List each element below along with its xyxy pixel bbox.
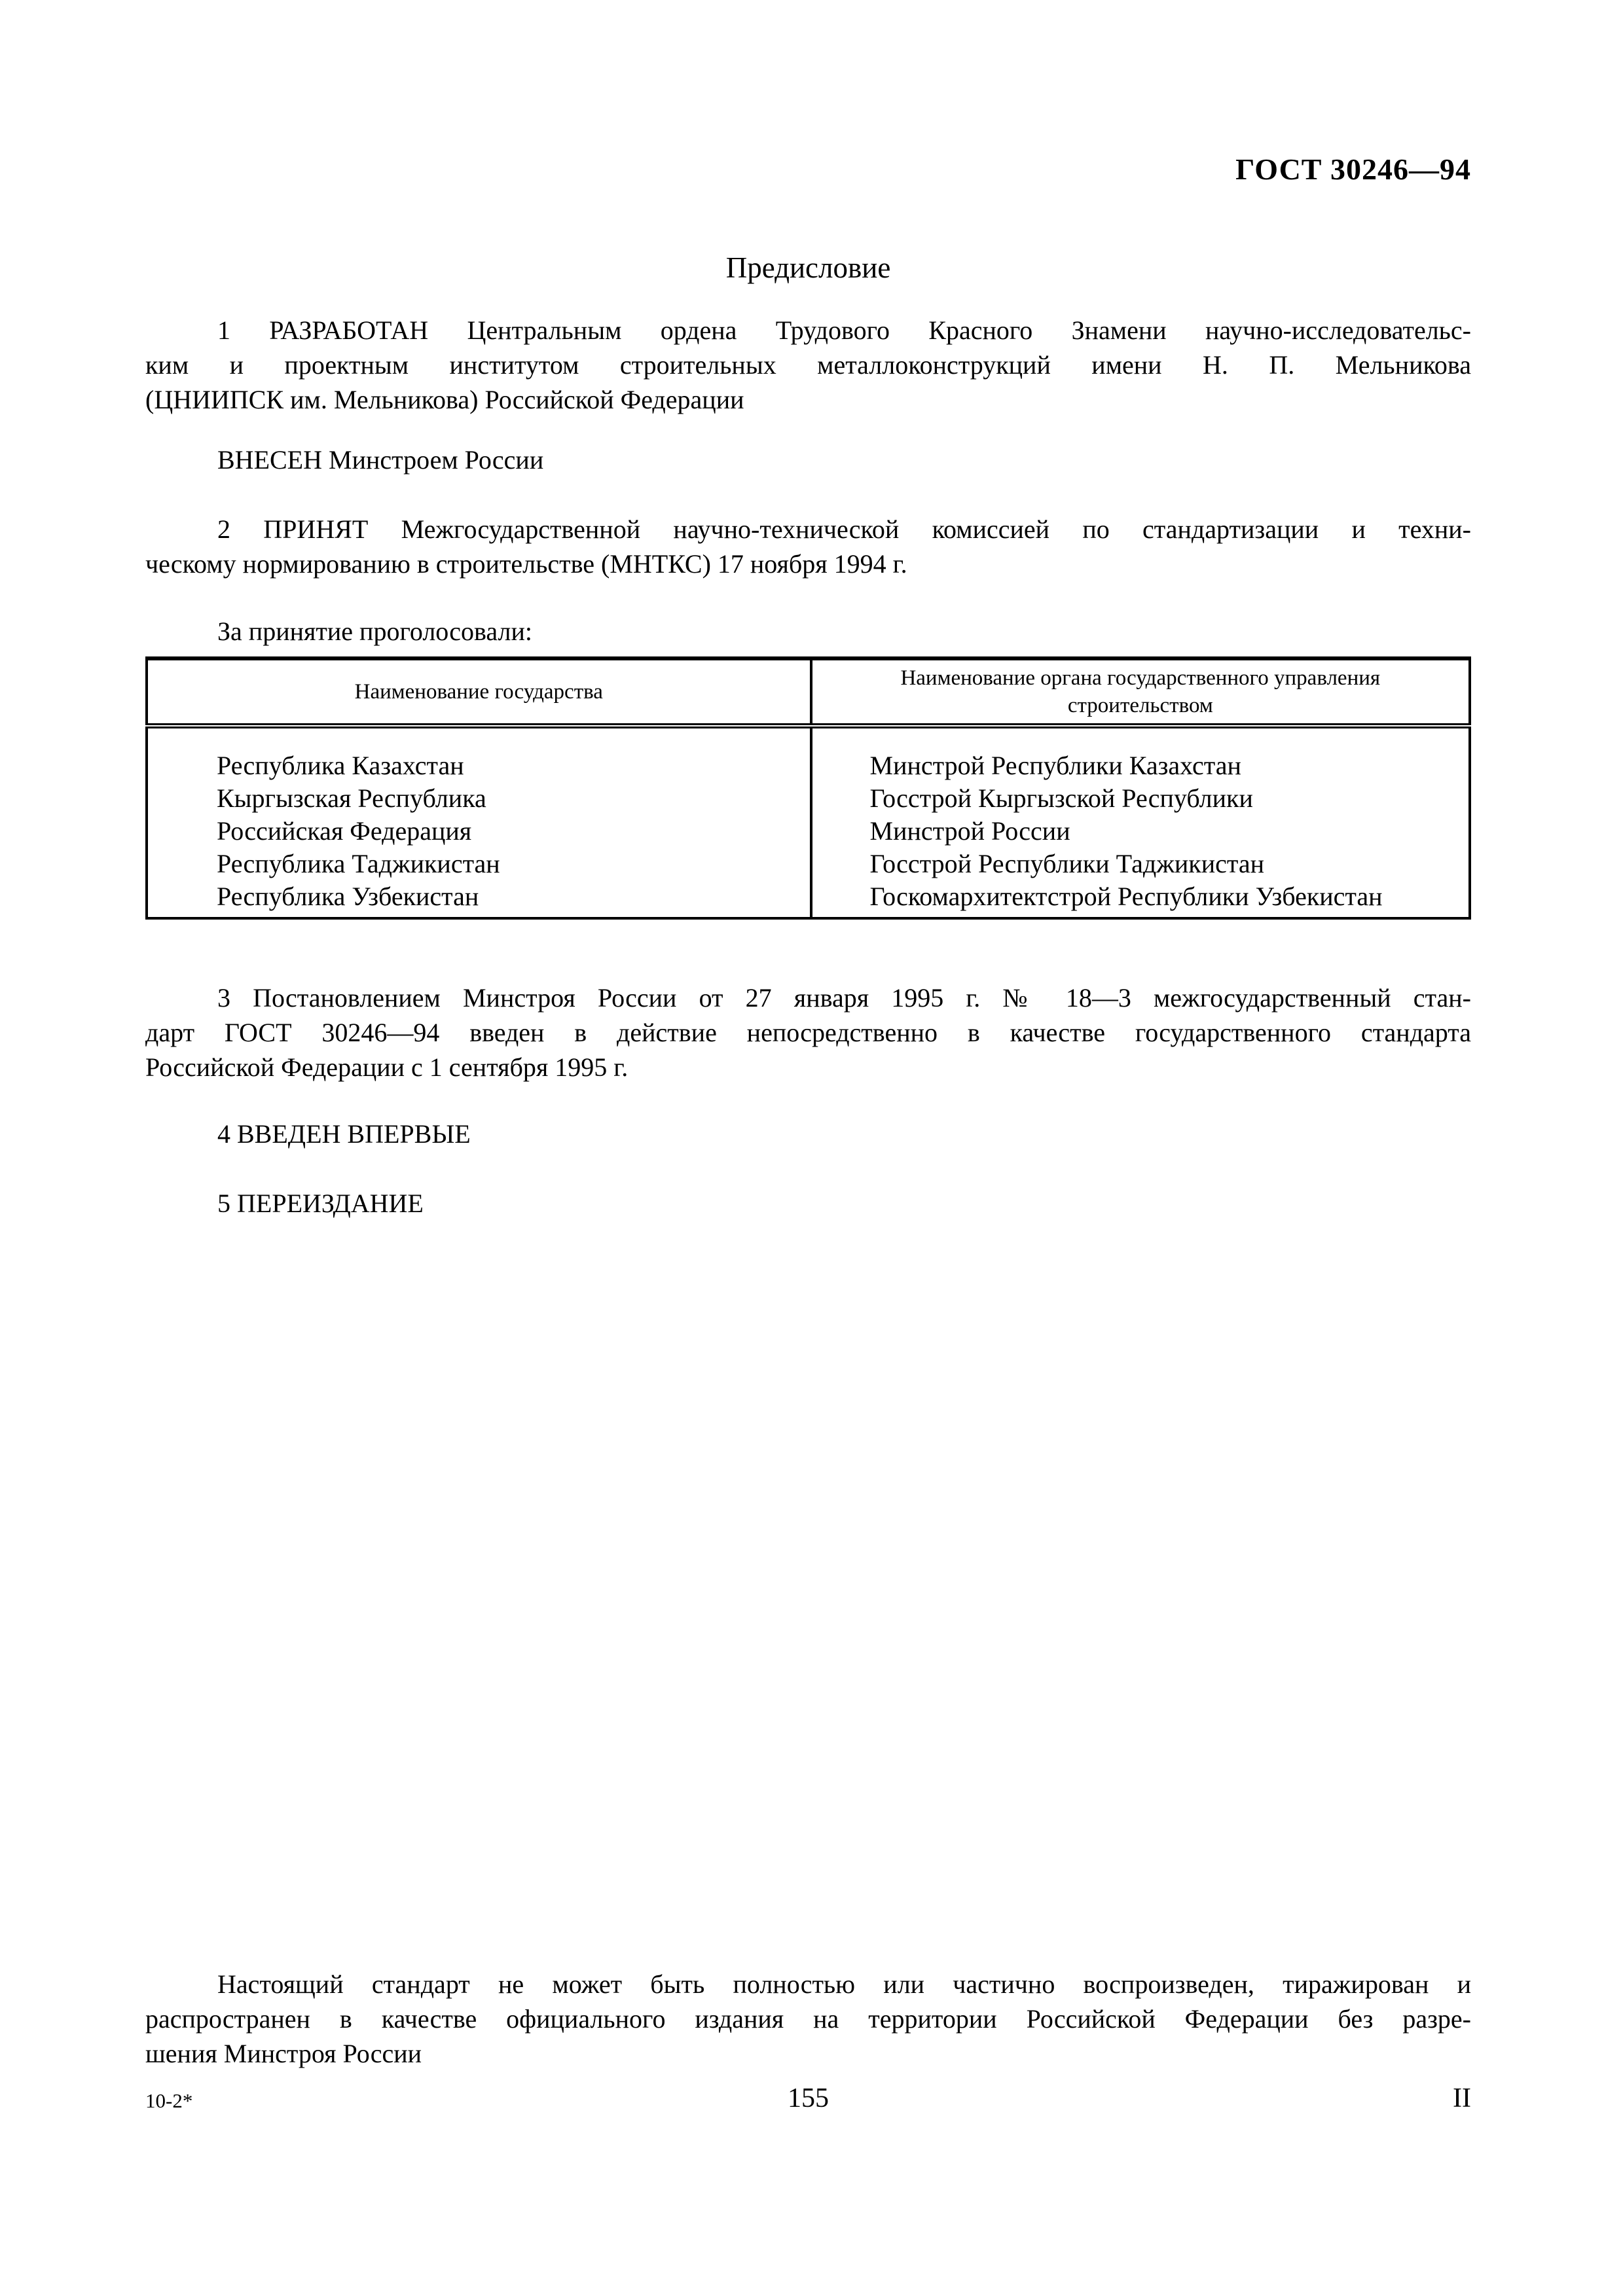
org-name: Госкомархитектстрой Республики Узбекиста… — [870, 880, 1455, 913]
page-title: Предисловие — [145, 251, 1471, 285]
clause-2: 2 ПРИНЯТ Межгосударственной научно-техни… — [145, 512, 1471, 581]
org-name: Минстрой Республики Казахстан — [870, 749, 1455, 782]
table-header-row: Наименование государства Наименование ор… — [147, 658, 1470, 726]
clause-4: 4 ВВЕДЕН ВПЕРВЫЕ — [145, 1117, 1471, 1151]
vote-intro: За принятие проголосовали: — [145, 614, 1471, 649]
table-body-row: Республика Казахстан Кыргызская Республи… — [147, 726, 1470, 918]
voting-table: Наименование государства Наименование ор… — [145, 656, 1471, 920]
copyright-note: Настоящий стандарт не может быть полност… — [145, 1967, 1471, 2071]
org-name: Госстрой Республики Таджикистан — [870, 848, 1455, 880]
org-name: Госстрой Кыргызской Республики — [870, 782, 1455, 815]
footer-roman-numeral: II — [145, 2083, 1471, 2114]
paragraph-line: ким и проектным институтом строительных … — [145, 348, 1471, 382]
paragraph-line: шения Минстроя России — [145, 2036, 1471, 2071]
paragraph-line: 2 ПРИНЯТ Межгосударственной научно-техни… — [145, 512, 1471, 547]
paragraph-line: распространен в качестве официального из… — [145, 2001, 1471, 2036]
clause-3: 3 Постановлением Минстроя России от 27 я… — [145, 980, 1471, 1085]
state-name: Республика Узбекистан — [217, 880, 797, 913]
state-name: Республика Казахстан — [217, 749, 797, 782]
doc-code: ГОСТ 30246—94 — [145, 152, 1471, 187]
column-header-state: Наименование государства — [147, 658, 811, 726]
state-column: Республика Казахстан Кыргызская Республи… — [147, 726, 811, 918]
column-header-org: Наименование органа государственного упр… — [811, 658, 1470, 726]
paragraph-line: дарт ГОСТ 30246—94 введен в действие неп… — [145, 1015, 1471, 1050]
org-column: Минстрой Республики Казахстан Госстрой К… — [811, 726, 1470, 918]
voting-table-wrap: Наименование государства Наименование ор… — [145, 656, 1471, 920]
paragraph-line: 1 РАЗРАБОТАН Центральным ордена Трудовог… — [145, 313, 1471, 348]
clause-1: 1 РАЗРАБОТАН Центральным ордена Трудовог… — [145, 313, 1471, 417]
state-name: Республика Таджикистан — [217, 848, 797, 880]
paragraph-line: 5 ПЕРЕИЗДАНИЕ — [145, 1186, 1471, 1221]
paragraph-line: ческому нормированию в строительстве (МН… — [145, 547, 1471, 581]
state-name: Кыргызская Республика — [217, 782, 797, 815]
paragraph-line: ВНЕСЕН Минстроем России — [145, 442, 1471, 477]
clause-vnesen: ВНЕСЕН Минстроем России — [145, 442, 1471, 477]
paragraph-line: (ЦНИИПСК им. Мельникова) Российской Феде… — [145, 382, 1471, 417]
document-page: ГОСТ 30246—94 Предисловие 1 РАЗРАБОТАН Ц… — [0, 0, 1623, 2296]
paragraph-line: 4 ВВЕДЕН ВПЕРВЫЕ — [145, 1117, 1471, 1151]
paragraph-line: Настоящий стандарт не может быть полност… — [145, 1967, 1471, 2001]
org-name: Минстрой России — [870, 815, 1455, 848]
state-name: Российская Федерация — [217, 815, 797, 848]
paragraph-line: 3 Постановлением Минстроя России от 27 я… — [145, 980, 1471, 1015]
clause-5: 5 ПЕРЕИЗДАНИЕ — [145, 1186, 1471, 1221]
paragraph-line: Российской Федерации с 1 сентября 1995 г… — [145, 1050, 1471, 1085]
paragraph-line: За принятие проголосовали: — [145, 614, 1471, 649]
